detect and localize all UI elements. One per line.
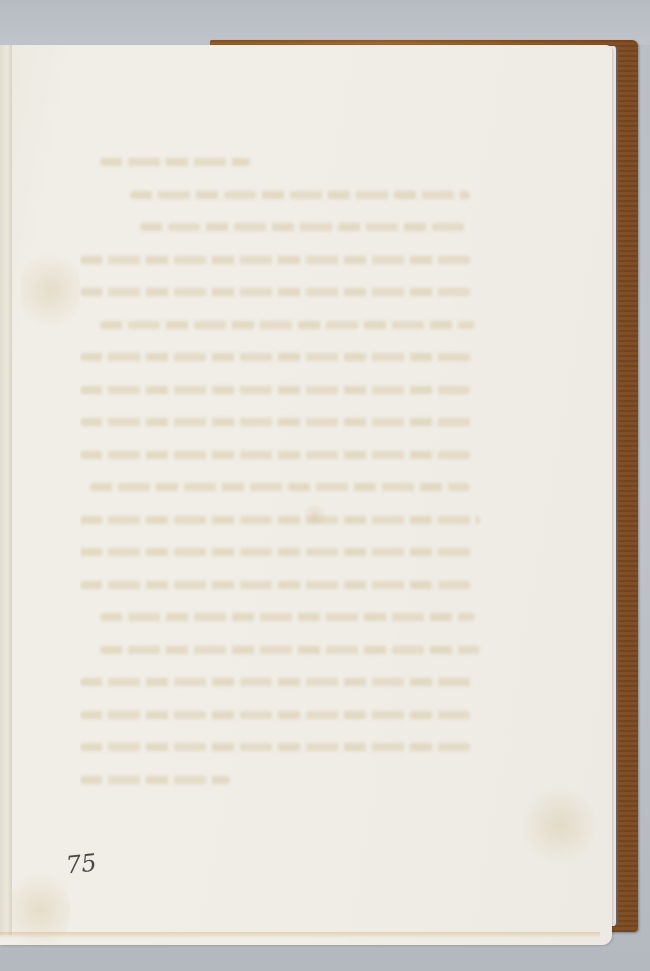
ghost-text-line: [80, 278, 490, 311]
foxing-stain: [20, 245, 80, 335]
ghost-ink-stroke: [80, 581, 475, 589]
ghost-ink-stroke: [80, 548, 475, 556]
bleed-through-text-block: [80, 148, 490, 798]
ghost-ink-stroke: [130, 191, 470, 199]
page-bottom-edge: [0, 932, 600, 938]
binding-gutter: [0, 45, 12, 935]
ghost-ink-stroke: [80, 743, 470, 751]
table-surface-top: [0, 0, 650, 45]
ghost-ink-stroke: [80, 386, 470, 394]
ghost-text-line: [80, 506, 490, 539]
ghost-ink-stroke: [80, 711, 470, 719]
ghost-ink-stroke: [80, 353, 475, 361]
ghost-ink-stroke: [140, 223, 470, 231]
foxing-stain: [520, 785, 600, 865]
ghost-text-line: [80, 376, 490, 409]
folio-number: 75: [65, 848, 98, 879]
ghost-text-line: [80, 148, 490, 181]
ghost-text-line: [80, 636, 490, 669]
ghost-text-line: [80, 538, 490, 571]
ghost-text-line: [80, 603, 490, 636]
ghost-text-line: [80, 733, 490, 766]
ghost-ink-stroke: [100, 646, 480, 654]
foxing-stain: [10, 865, 70, 955]
ghost-ink-stroke: [80, 678, 475, 686]
ghost-text-line: [80, 473, 490, 506]
ghost-text-line: [80, 213, 490, 246]
ghost-ink-stroke: [80, 776, 230, 784]
ghost-text-line: [80, 571, 490, 604]
ghost-ink-stroke: [80, 418, 475, 426]
ghost-text-line: [80, 441, 490, 474]
ghost-ink-stroke: [80, 516, 480, 524]
ghost-ink-stroke: [100, 321, 475, 329]
ghost-ink-stroke: [100, 158, 250, 166]
ghost-ink-stroke: [90, 483, 470, 491]
ghost-ink-stroke: [100, 613, 475, 621]
ghost-ink-stroke: [80, 288, 475, 296]
ghost-ink-stroke: [80, 451, 475, 459]
ghost-text-line: [80, 181, 490, 214]
ghost-text-line: [80, 246, 490, 279]
ghost-text-line: [80, 766, 490, 799]
ghost-text-line: [80, 668, 490, 701]
ghost-text-line: [80, 408, 490, 441]
ghost-text-line: [80, 343, 490, 376]
ghost-text-line: [80, 701, 490, 734]
ghost-text-line: [80, 311, 490, 344]
ghost-ink-stroke: [80, 256, 475, 264]
